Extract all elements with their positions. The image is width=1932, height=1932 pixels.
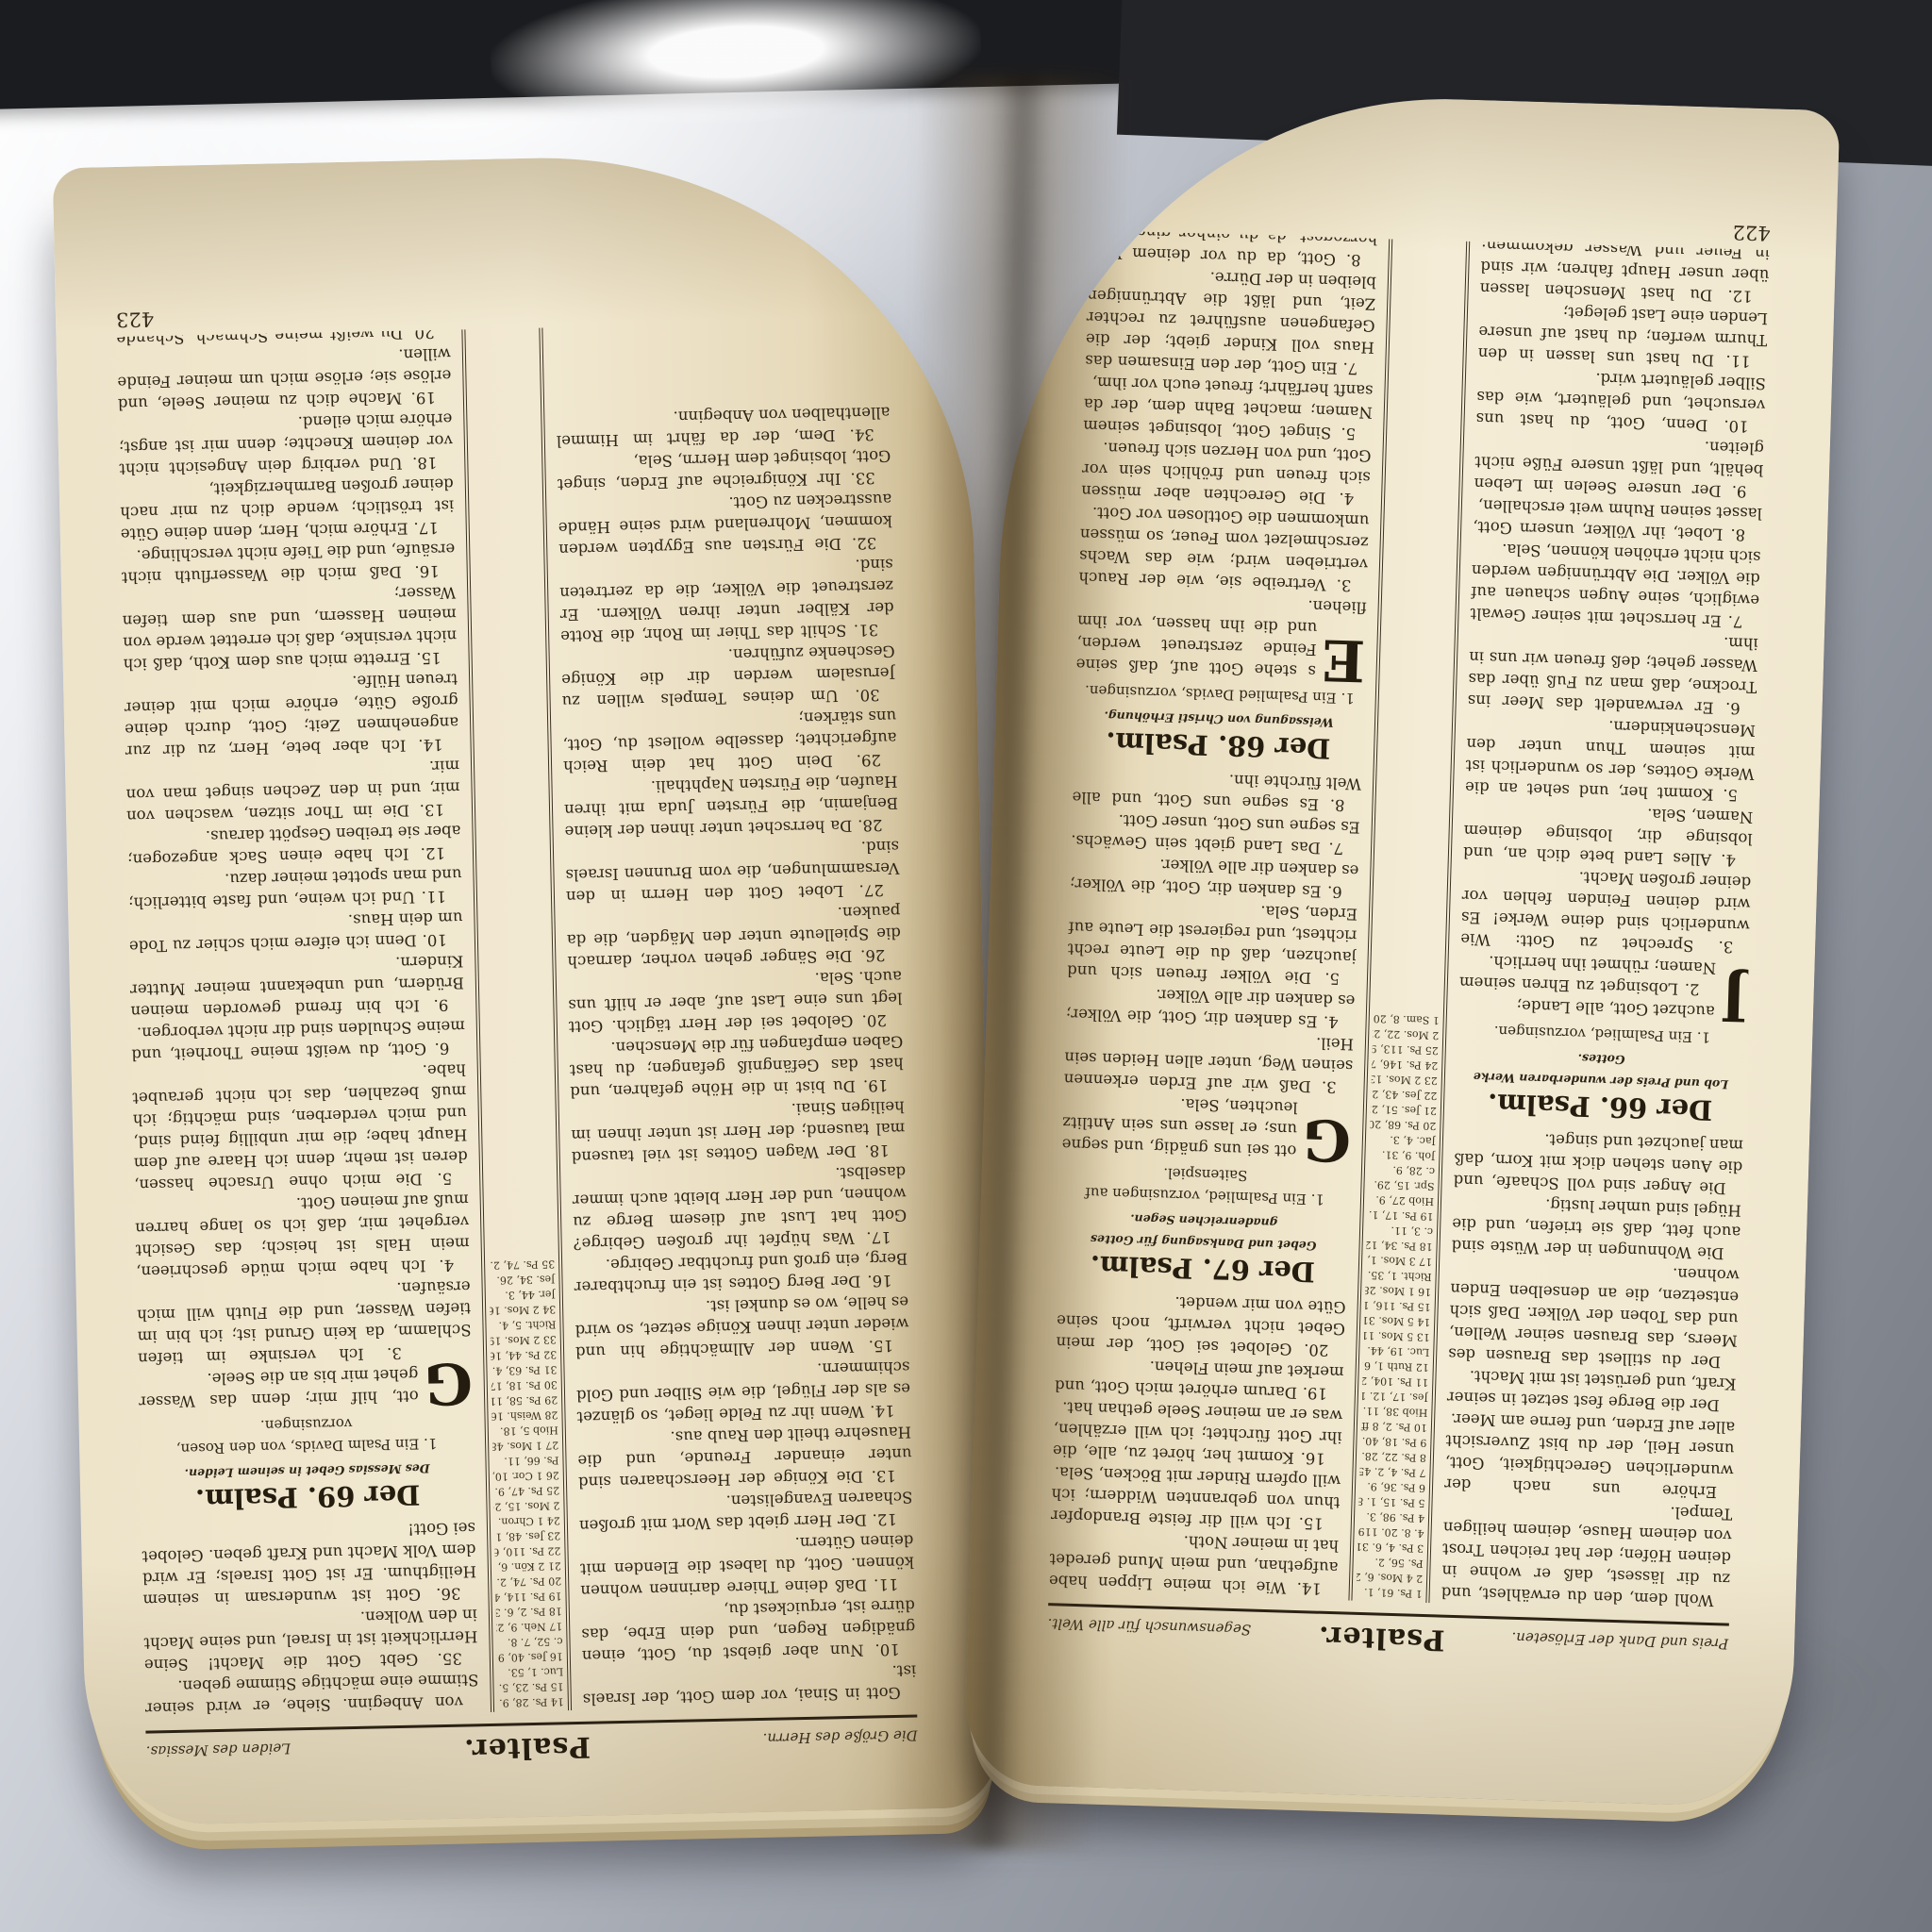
drop-cap-letter: G	[1296, 1117, 1352, 1164]
cross-reference: 1 Ps. 61, 1.	[1356, 1584, 1422, 1601]
verse-paragraph: 26. Die Sänger gehen vorher, darnach die…	[566, 901, 901, 973]
cross-reference: 14 Ps. 28, 9.	[498, 1693, 564, 1709]
photo-of-open-bible: Die Größe des Herrn. Psalter. Leiden des…	[0, 0, 1932, 1932]
cross-reference: Jer. 44, 3.	[490, 1286, 556, 1302]
verse-paragraph: 11. Daß deine Thiere darinnen wohnen kön…	[579, 1530, 914, 1602]
verse-paragraph: Wohl dem, den du erwählest, und zu dir l…	[1441, 1495, 1732, 1612]
cross-reference: 20 Ps. 74, 2. 78, 69.	[495, 1573, 561, 1589]
verse-paragraph: 15. Ich will dir feiste Brandopfer thun …	[1051, 1461, 1341, 1535]
verse-paragraph: 12. Der Herr giebt das Wort mit großen S…	[578, 1487, 913, 1537]
cross-reference: 15 Ps. 23, 5. 107, 9.	[497, 1678, 563, 1694]
cross-reference: 11 Ps. 104, 20—23.	[1362, 1373, 1428, 1390]
verse-paragraph: Die Anger sind voll Schaafe, und die Aue…	[1453, 1126, 1743, 1200]
cross-reference: 27 1 Mos. 48, 16.	[492, 1437, 558, 1453]
cross-reference: 9 Ps. 18, 40.	[1360, 1433, 1426, 1450]
verse-paragraph: Die Wohnungen in der Wüste sind auch fet…	[1451, 1191, 1741, 1265]
cross-reference: 35 Ps. 74, 2.	[489, 1256, 555, 1272]
verse-paragraph: 7. Ein Gott, der den Einsamen das Haus v…	[1085, 263, 1376, 380]
cross-reference: 10 Ps. 2, 8 ff. 89, 10.	[1361, 1418, 1427, 1435]
cross-reference: Hiob 38, 11.	[1361, 1403, 1427, 1420]
page-422-header: Preis und Dank der Erlöseten. Psalter. S…	[1047, 1603, 1729, 1664]
cross-reference: 2 Mos. 15, 20.	[493, 1497, 559, 1513]
cross-reference: 21 Jes. 51, 23.	[1371, 1101, 1437, 1118]
verse-paragraph: 16. Kommt her, höret zu, alle, die ihr G…	[1053, 1396, 1343, 1470]
cross-reference: 13 5 Mos. 11, 10.	[1364, 1327, 1430, 1344]
verse-dropcap-paragraph: Gott sei uns gnädig, und segne uns; er l…	[1061, 1090, 1352, 1163]
cross-reference: Luc. 1, 53.	[497, 1663, 563, 1679]
cross-reference: Joh. 9, 31.	[1369, 1146, 1435, 1163]
verse-paragraph: 3. Ich versinke im tiefen Schlamm, da ke…	[136, 1275, 472, 1369]
drop-cap-letter: J	[1714, 977, 1748, 1024]
cross-reference: 26 1 Cor. 10, 13.	[493, 1467, 559, 1483]
verse-paragraph: 32. Die Fürsten aus Egypten werden komme…	[558, 489, 892, 560]
verse-paragraph: 4. Es danken dir, Gott, die Völker; es d…	[1065, 981, 1355, 1033]
page-423-columns: Gott in Sinai, vor dem Gott, der Israels…	[116, 321, 917, 1720]
cross-reference: Luc. 19, 44.	[1363, 1342, 1429, 1359]
column-caption-right: Leiden des Messias.	[146, 1740, 291, 1759]
verse-paragraph: 34. Dem, der da fährt im Himmel allentha…	[556, 402, 891, 452]
verse-paragraph: 8. Lobet, ihr Völker, unsern Gott, lasse…	[1473, 494, 1762, 546]
cross-reference: 1 Sam. 8, 20.	[1374, 1010, 1440, 1027]
verse-paragraph: 10. Denn ich eifere mich schier zu Tode …	[128, 907, 463, 957]
cross-reference: 22 Ps. 110, 6.	[494, 1542, 560, 1558]
verse-paragraph: 3. Vertreibe sie, wie der Rauch vertrieb…	[1078, 502, 1370, 597]
verse-paragraph: 13. Die im Thor sitzen, waschen von mir,…	[125, 755, 460, 826]
verse-paragraph: Der du stillest das Brausen des Meers, d…	[1448, 1257, 1740, 1374]
verse-paragraph: 20. Gelobet sei Gott, der mein Gebet nic…	[1056, 1288, 1346, 1361]
cross-reference: c. 52, 7. 8.	[496, 1633, 562, 1649]
verse-paragraph: 17. Was hüpfet ihr großen Gebirge? Gott …	[572, 1161, 908, 1255]
verse-paragraph: 3. Sprechet zu Gott: Wie wunderlich sind…	[1460, 863, 1752, 958]
verse-paragraph: 15. Errette mich aus dem Koth, daß ich n…	[122, 581, 458, 675]
cross-reference: 17 Neh. 9, 22.	[496, 1618, 562, 1634]
running-head: Psalter.	[463, 1730, 591, 1766]
verse-paragraph: 16. Der Berg Gottes ist ein fruchtbarer …	[574, 1248, 908, 1298]
page-423-header: Die Größe des Herrn. Psalter. Leiden des…	[145, 1714, 918, 1772]
cross-reference: 12 Ruth 1, 6.	[1363, 1357, 1429, 1374]
verse-paragraph: 8. Es segne uns Gott, und alle Welt fürc…	[1072, 765, 1361, 817]
verse-paragraph: 9. Ich bin fremd geworden meinen Brüdern…	[129, 950, 464, 1022]
text-column-inner: Gott in Sinai, vor dem Gott, der Israels…	[554, 321, 917, 1710]
verse-paragraph: 33. Ihr Königreiche auf Erden, singet Go…	[557, 445, 891, 495]
cross-reference: 23 Jes. 48, 1.	[494, 1527, 560, 1543]
cross-reference: 31 Ps. 63, 4. 109, 21.	[491, 1361, 557, 1377]
verse-dropcap-paragraph: Es stehe Gott auf, daß seine Feinde zers…	[1075, 589, 1367, 684]
cross-reference: 17 3 Mos. 1, 13.	[1366, 1252, 1432, 1269]
verse-paragraph: von Anbeginn. Siehe, er wird seiner Stim…	[144, 1669, 479, 1719]
cross-reference: 16 Jes. 40, 9.	[497, 1648, 563, 1664]
verse-paragraph: 5. Kommt her, und sehet an die Werke Got…	[1465, 711, 1757, 807]
cross-reference: 18 Ps. 2, 6. 3, 5. 15, 1.	[496, 1603, 562, 1619]
verse-paragraph: 19. Du bist in die Höhe gefahren, und ha…	[569, 1031, 904, 1103]
psalm-heading: Der 69. Psalm.	[141, 1482, 475, 1510]
psalm-intro: 1. Ein Psalm Davids, von den Rosen, vorz…	[139, 1409, 474, 1459]
cross-reference: Jes. 34, 26.	[489, 1271, 555, 1287]
psalm-heading: Der 68. Psalm.	[1074, 730, 1363, 760]
cross-reference: 5 Ps. 15, 1. 84, 5.	[1358, 1493, 1424, 1510]
verse-paragraph: 17. Erhöre mich, Herr, denn deine Güte i…	[120, 474, 455, 545]
verse-paragraph: 5. Die Völker freuen sich und jauchzen, …	[1067, 895, 1358, 991]
verse-paragraph: 3. Daß wir auf Erden erkennen seinen Weg…	[1063, 1024, 1354, 1098]
cross-reference: Spr. 15, 29.	[1368, 1176, 1434, 1193]
verse-paragraph: 18. Und verbirg dein Angesicht nicht vor…	[118, 408, 453, 480]
page-422-columns: Wohl dem, den du erwählest, und zu dir l…	[1049, 230, 1771, 1612]
text-column-inner: 14. Wie ich meine Lippen habe aufgethan,…	[1049, 230, 1378, 1600]
verse-paragraph: 5. Singet Gott, lobsinget seinem Namen; …	[1083, 372, 1374, 445]
verse-paragraph: 30. Um deines Tempels willen zu Jerusale…	[560, 641, 895, 712]
column-caption-right: Segenswunsch für alle Welt.	[1047, 1615, 1251, 1638]
cross-reference: Hiob 5, 18.	[492, 1422, 558, 1438]
verse-paragraph: Der die Berge fest setzet in seiner Kraf…	[1447, 1365, 1737, 1417]
verse-paragraph: 36. Gott ist wundersam in seinem Heiligt…	[142, 1517, 477, 1610]
running-head: Psalter.	[1317, 1620, 1445, 1657]
cross-reference: 22 Jes. 43, 2.	[1371, 1086, 1437, 1103]
verse-paragraph: 11. Du hast uns lassen in den Thurm werf…	[1477, 299, 1768, 373]
cross-reference: Ps. 66, 11.	[492, 1452, 558, 1468]
verse-paragraph: 13. Die Könige der Heerschaaren sind unt…	[577, 1422, 912, 1493]
verse-paragraph: 12. Ich habe einen Sack angezogen; aber …	[126, 820, 461, 870]
verse-paragraph: 16. Daß mich die Wasserfluth nicht ersäu…	[121, 538, 456, 588]
cross-reference: 24 Ps. 146, 7.	[1372, 1056, 1438, 1073]
verse-paragraph: 2. Lobsinget zu Ehren seinem Namen; rühm…	[1459, 950, 1749, 1002]
cross-reference: 7 Ps. 4, 2. 45, 5.	[1359, 1463, 1425, 1480]
psalm-subtitle: Gebet und Danksagung für Gottes gnadenre…	[1058, 1206, 1348, 1257]
cross-reference: Richt. 1, 35.	[1365, 1267, 1431, 1284]
cross-reference: Jes. 17, 12. 13.	[1362, 1388, 1428, 1405]
verse-paragraph: 27. Lobet Gott den Herrn in den Versamml…	[565, 836, 900, 908]
column-caption-left: Die Größe des Herrn.	[763, 1726, 918, 1746]
verse-paragraph: 6. Es danken dir, Gott, die Völker; es d…	[1069, 852, 1358, 904]
verse-paragraph: 14. Wie ich meine Lippen habe aufgethan,…	[1049, 1526, 1340, 1600]
verse-paragraph: 9. Der unsere Seelen im Leben behält, un…	[1474, 429, 1764, 503]
cross-reference: 20 Ps. 68, 20.	[1370, 1116, 1436, 1133]
cross-reference-column: 14 Ps. 28, 9.15 Ps. 23, 5. 107, 9.Luc. 1…	[461, 327, 572, 1711]
page-422-content: Preis und Dank der Erlöseten. Psalter. S…	[1047, 202, 1771, 1665]
verse-paragraph: 19. Mache dich zu meiner Seele, und erlö…	[117, 343, 452, 415]
cross-reference: 25 Ps. 47, 9.	[493, 1482, 559, 1498]
verse-paragraph: 11. Und ich weine, und faste bitterlich;…	[127, 863, 462, 913]
verse-paragraph: 14. Ich aber bete, Herr, zu dir zur ange…	[124, 668, 459, 761]
page-423-content: Die Größe des Herrn. Psalter. Leiden des…	[116, 292, 918, 1773]
verse-paragraph: 20. Gelobet sei der Herr täglich. Gott l…	[568, 966, 903, 1038]
cross-reference: Richt. 5, 4.	[490, 1316, 556, 1332]
text-column-outer: Wohl dem, den du erwählest, und zu dir l…	[1441, 241, 1770, 1611]
cross-reference: 15 Ps. 116, 18.	[1365, 1297, 1431, 1314]
verse-dropcap-paragraph: Gott, hilf mir; denn das Wasser gehet mi…	[138, 1362, 473, 1412]
cross-reference: 32 Ps. 44, 16.	[491, 1346, 557, 1362]
cross-reference: 23 2 Mos. 13, 21.	[1372, 1071, 1438, 1088]
cross-reference: 28 Weish. 16, 13.	[491, 1407, 558, 1423]
verse-paragraph: 4. Alles Land bete dich an, und lobsinge…	[1463, 798, 1754, 872]
cross-reference: 3 Ps. 4, 6. 31, 17. 80,	[1357, 1539, 1424, 1556]
psalm-subtitle: Des Messias Gebet in seinem Leiden.	[140, 1457, 474, 1485]
cross-reference: Hiob 27, 9.	[1368, 1191, 1434, 1208]
psalm-subtitle: Lob und Preis der wunderbaren Werke Gott…	[1457, 1044, 1746, 1096]
verse-paragraph: 6. Gott, du weißt meine Thorheit, und me…	[131, 1015, 466, 1065]
cross-reference: 14 5 Mos. 31, 6.	[1364, 1312, 1430, 1329]
book-page-423: Die Größe des Herrn. Psalter. Leiden des…	[53, 149, 1001, 1826]
verse-paragraph: 4. Die Gerechten aber müssen sich freuen…	[1081, 437, 1372, 510]
cross-reference: 16 1 Mos. 28, 20.	[1365, 1282, 1431, 1299]
verse-paragraph: 28. Da herrschet unter ihnen der kleine …	[563, 771, 898, 842]
cross-reference: 33 2 Mos. 19, 16. 18.	[491, 1331, 557, 1347]
verse-paragraph: 14. Wenn ihr zu Felde lieget, so glänzet…	[575, 1357, 910, 1428]
cross-reference: 24 1 Chron. 14, 8.	[494, 1512, 560, 1528]
verse-paragraph: 10. Nun aber giebst du, Gott, einen gnäd…	[581, 1595, 916, 1667]
cross-reference: 19 Ps. 114, 4.	[495, 1588, 561, 1604]
verse-paragraph: 31. Schilt das Thier im Rohr, die Rotte …	[559, 554, 895, 647]
psalm-intro: 1. Ein Psalmlied, vorzusingen.	[1457, 1019, 1747, 1049]
verse-paragraph: 7. Er herrschet mit seiner Gewalt ewigli…	[1470, 538, 1761, 633]
verse-paragraph: 6. Er verwandelt das Meer ins Trockne, d…	[1467, 625, 1758, 720]
psalm-heading: Der 67. Psalm.	[1058, 1253, 1348, 1283]
verse-paragraph: 5. Die mich ohne Ursache hassen, deren i…	[132, 1058, 469, 1195]
cross-reference: Jac. 4, 3.	[1370, 1131, 1436, 1148]
verse-paragraph: 7. Das Land giebt sein Gewächs. Es segne…	[1071, 808, 1360, 860]
verse-paragraph: 19. Darum erhöret mich Gott, und merket …	[1055, 1353, 1344, 1405]
drop-cap-letter: G	[418, 1360, 473, 1407]
verse-paragraph: Gott in Sinai, vor dem Gott, der Israels…	[582, 1660, 917, 1710]
verse-paragraph: 18. Der Wagen Gottes ist viel tausend ma…	[571, 1096, 906, 1168]
verse-paragraph: Erhöre uns nach der wunderlichen Gerecht…	[1444, 1408, 1736, 1504]
verse-paragraph: 15. Wenn der Allmächtige hin und wieder …	[575, 1291, 909, 1363]
column-caption-left: Preis und Dank der Erlöseten.	[1511, 1629, 1728, 1653]
cross-reference: 4 Ps. 98, 3.	[1358, 1508, 1424, 1525]
cross-reference: 34 2 Mos. 16, 4.	[490, 1301, 556, 1317]
cross-reference: 4. 8. 20. 119, 135.	[1357, 1524, 1424, 1541]
verse-paragraph: 10. Denn, Gott, du hast uns versuchet, u…	[1475, 364, 1766, 438]
verse-paragraph: 29. Dein Gott hat dein Reich aufgerichte…	[562, 706, 897, 777]
verse-paragraph: 35. Gebt Gott die Macht! Seine Herrlichk…	[143, 1604, 478, 1675]
cross-reference: 18 Ps. 34, 12.	[1366, 1237, 1432, 1254]
cross-reference: 25 Ps. 113, 9.	[1373, 1041, 1439, 1058]
cross-reference: 8 Ps. 22, 28.	[1360, 1448, 1426, 1465]
verse-paragraph: 4. Ich habe mich müde geschrieen, mein H…	[135, 1189, 471, 1282]
psalm-heading: Der 66. Psalm.	[1456, 1091, 1745, 1122]
book-page-422: Preis und Dank der Erlöseten. Psalter. S…	[963, 86, 1840, 1807]
cross-reference: 6 Ps. 36, 9.	[1359, 1478, 1425, 1495]
verse-paragraph: 12. Du hast Menschen lassen über unser H…	[1479, 241, 1770, 308]
cross-reference: 2 4 Mos. 6, 24. 25.	[1357, 1569, 1423, 1586]
cross-reference: 2 Mos. 22, 22.	[1373, 1025, 1439, 1042]
text-column-outer: von Anbeginn. Siehe, er wird seiner Stim…	[116, 330, 479, 1720]
cross-reference: 30 Ps. 18, 17. 18.	[491, 1376, 558, 1392]
cross-reference: 19 Ps. 17, 1.	[1367, 1207, 1433, 1224]
cross-reference: 29 Ps. 58, 11.	[491, 1391, 558, 1407]
cross-reference: 21 2 Kön. 6, 17.	[495, 1557, 561, 1574]
drop-cap-letter: E	[1316, 637, 1366, 684]
